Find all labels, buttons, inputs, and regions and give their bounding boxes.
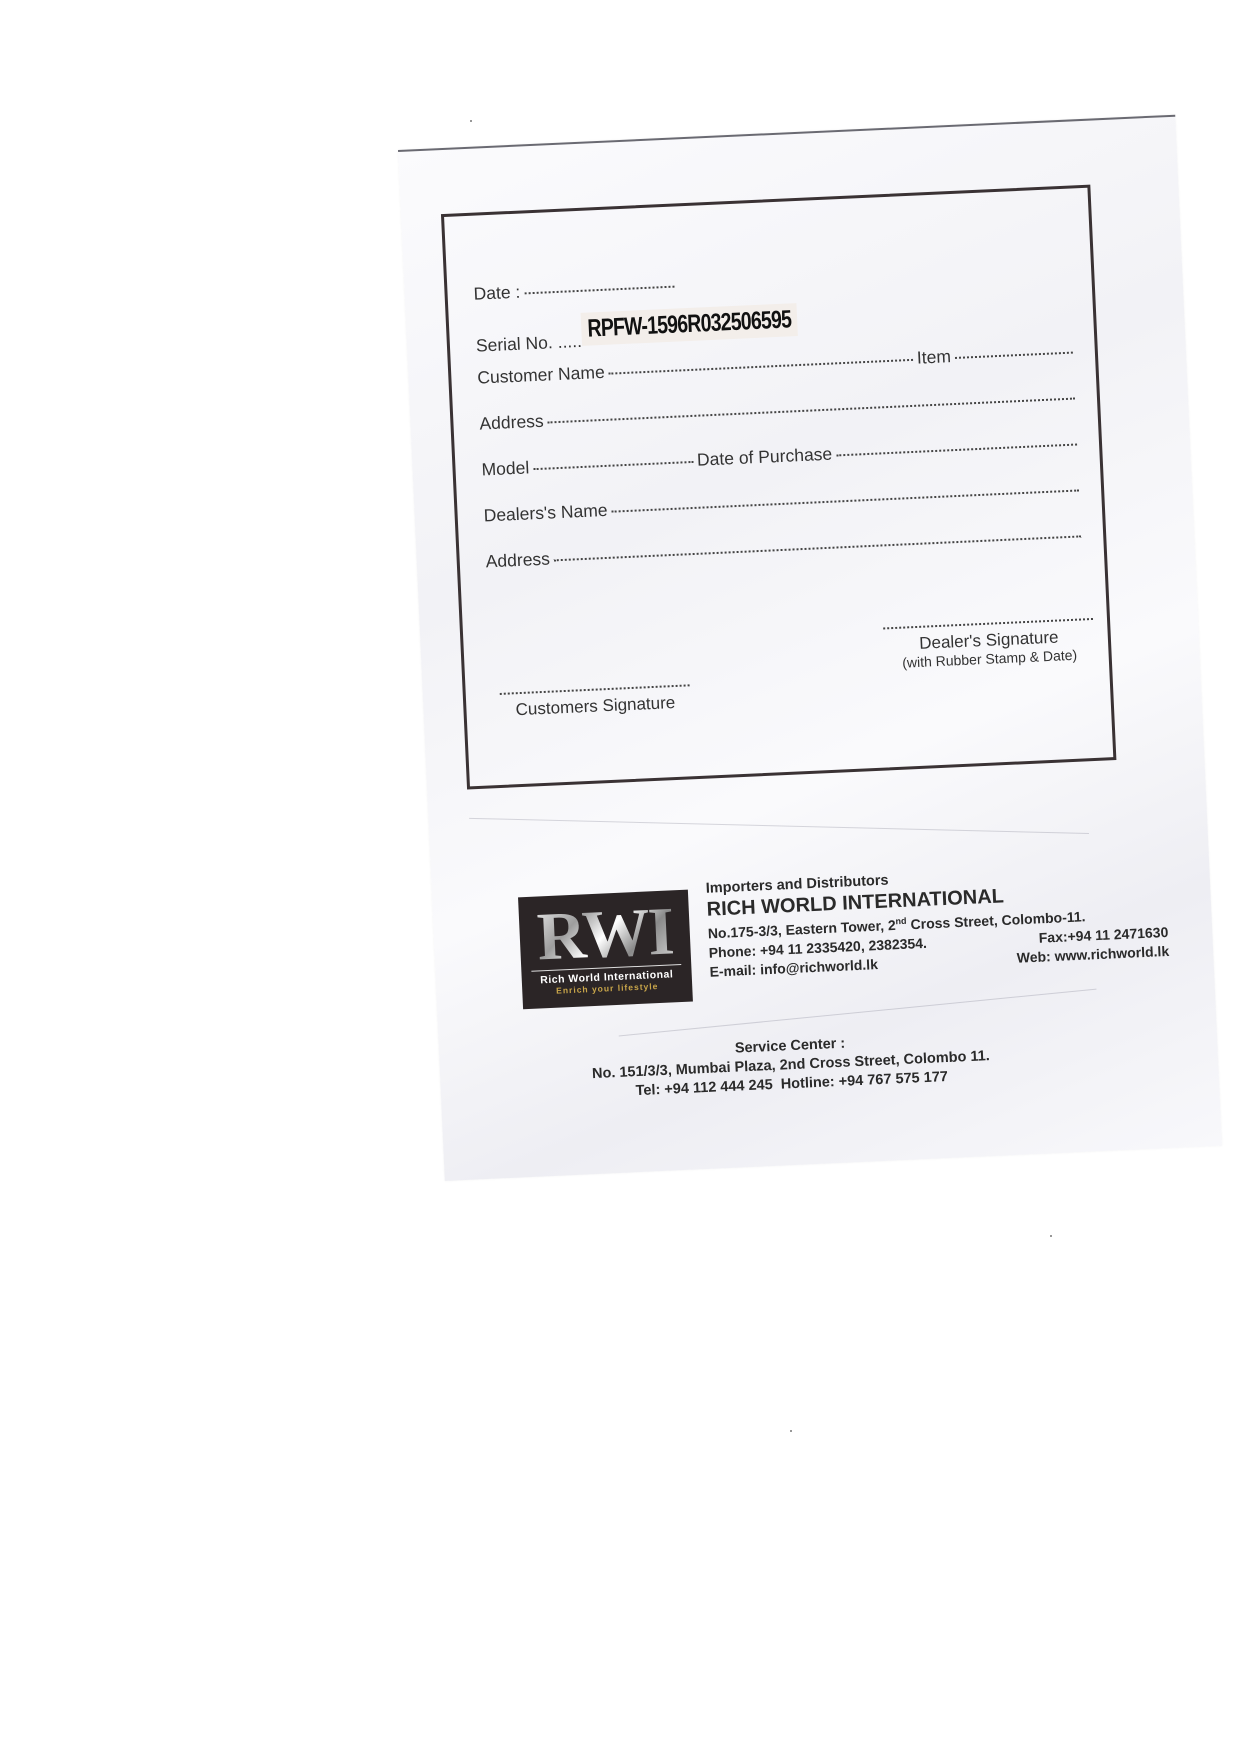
item-label: Item: [916, 346, 951, 369]
logo-letters: RWI: [528, 898, 681, 972]
rwi-logo: RWI Rich World International Enrich your…: [518, 890, 693, 1010]
item-input-line[interactable]: [955, 352, 1073, 359]
dealer-name-input-line[interactable]: [612, 489, 1080, 512]
dealer-signature-block[interactable]: Dealer's Signature (with Rubber Stamp & …: [883, 618, 1095, 671]
service-center: Service Center : No. 151/3/3, Mumbai Pla…: [525, 1023, 1057, 1104]
warranty-card: Date : Serial No. ..... RPFW-1596R032506…: [398, 115, 1222, 1181]
scan-speck: [470, 120, 472, 122]
company-email[interactable]: E-mail: info@richworld.lk: [709, 956, 878, 980]
customer-name-input-line[interactable]: [609, 359, 913, 375]
scan-speck: [1050, 1235, 1052, 1237]
model-input-line[interactable]: [533, 461, 693, 470]
date-label: Date :: [473, 282, 521, 305]
scan-speck: [790, 1430, 792, 1432]
customer-signature-label: Customers Signature: [500, 692, 691, 721]
dealer-name-field[interactable]: Dealers's Name: [483, 478, 1083, 526]
company-fax: Fax:+94 11 2471630: [1038, 924, 1168, 946]
model-purchase-field[interactable]: Model Date of Purchase: [481, 432, 1081, 480]
customer-signature-block[interactable]: Customers Signature: [500, 684, 691, 721]
address-ordinal: nd: [895, 916, 906, 926]
paper-crease: [469, 818, 1089, 834]
warranty-form: Date : Serial No. ..... RPFW-1596R032506…: [441, 185, 1116, 790]
customer-name-label: Customer Name: [477, 362, 605, 389]
service-center-tel: Tel: +94 112 444 245: [635, 1077, 773, 1099]
dealer-name-label: Dealers's Name: [483, 500, 608, 527]
model-label: Model: [481, 457, 530, 480]
customer-address-input-line[interactable]: [548, 398, 1075, 424]
dealer-address-input-line[interactable]: [554, 535, 1081, 561]
dealer-address-label: Address: [485, 549, 550, 573]
date-of-purchase-input-line[interactable]: [836, 444, 1077, 457]
company-info: RWI Rich World International Enrich your…: [518, 860, 1164, 1029]
customer-address-label: Address: [479, 411, 544, 435]
company-web[interactable]: Web: www.richworld.lk: [1016, 943, 1169, 966]
date-input-line[interactable]: [524, 286, 674, 295]
dealer-address-field[interactable]: Address: [485, 524, 1085, 572]
date-field[interactable]: Date :: [473, 257, 1073, 305]
date-of-purchase-label: Date of Purchase: [697, 444, 833, 471]
service-center-hotline: Hotline: +94 767 575 177: [780, 1069, 948, 1093]
serial-label: Serial No. .....: [476, 331, 583, 357]
serial-number-sticker: RPFW-1596R032506595: [581, 303, 799, 346]
customer-address-field[interactable]: Address: [479, 386, 1079, 434]
company-details: Importers and Distributors RICH WORLD IN…: [705, 860, 1169, 979]
